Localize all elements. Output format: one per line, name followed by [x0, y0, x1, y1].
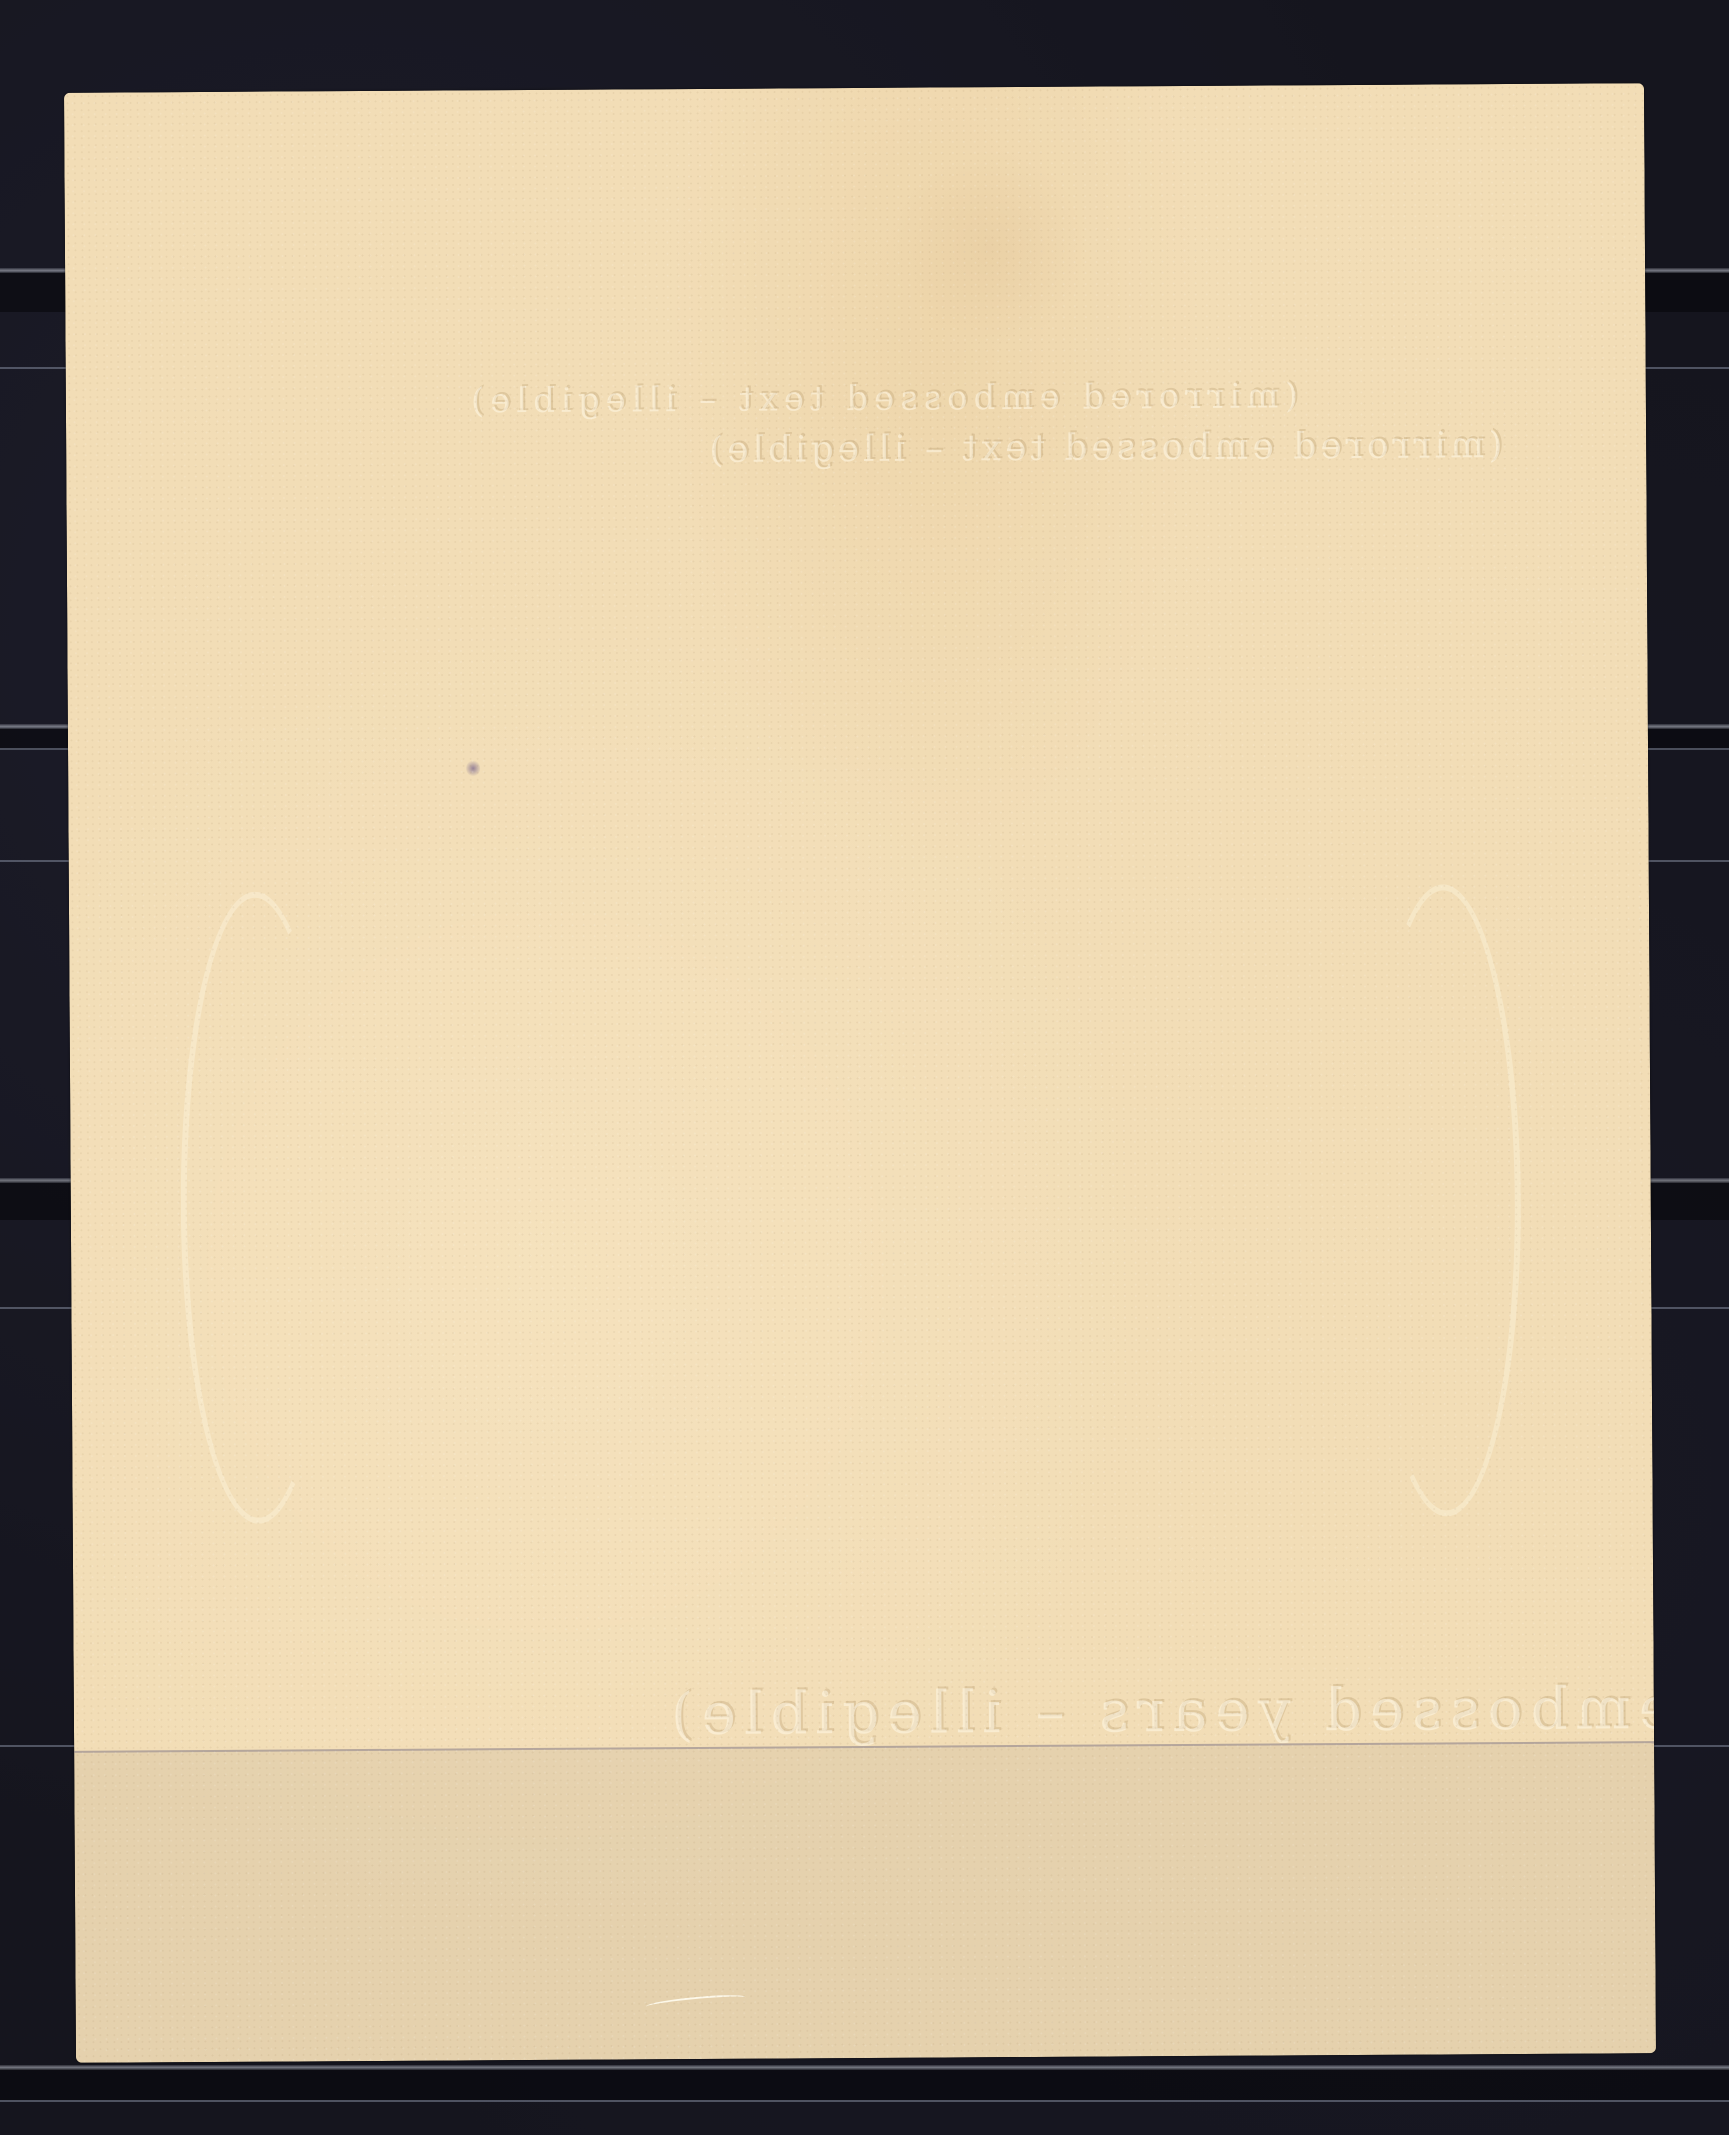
strip-shadow	[0, 2068, 1729, 2100]
stock-strip-line	[0, 2100, 1729, 2102]
stock-page-background: (mirrored embossed text – illegible) (mi…	[0, 0, 1729, 2135]
laurel-right-emboss	[1367, 884, 1523, 1517]
embossed-years-text: (mirrored embossed years – illegible)	[664, 1671, 1656, 1748]
embossed-subtitle-text: (mirrored embossed text – illegible)	[706, 424, 1504, 470]
emblem-show-through	[894, 147, 1085, 348]
stock-strip-overlay-band	[74, 1741, 1656, 2063]
embossed-title-text: (mirrored embossed text – illegible)	[466, 375, 1299, 420]
ink-spot	[466, 760, 480, 776]
stock-strip-line	[0, 2065, 1729, 2070]
laurel-left-emboss	[179, 891, 335, 1524]
souvenir-sheet-back: (mirrored embossed text – illegible) (mi…	[64, 83, 1656, 2063]
